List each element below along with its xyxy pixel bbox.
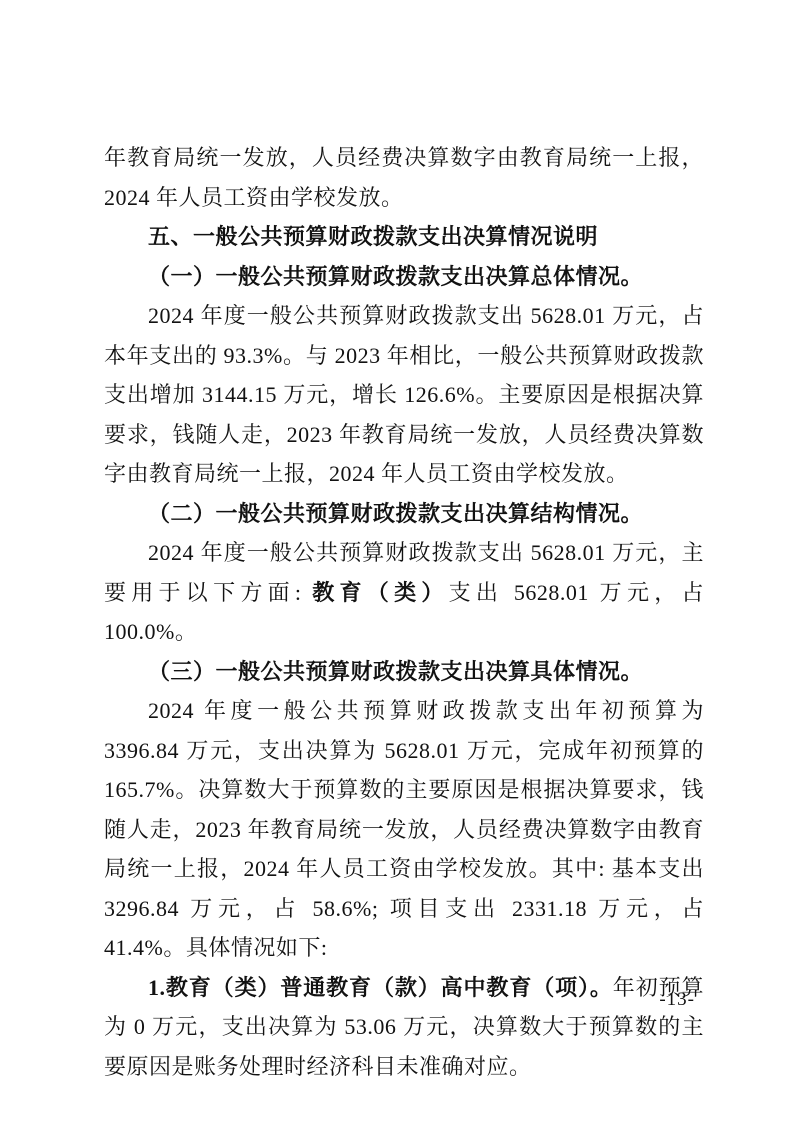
subsection-heading-three: （三）一般公共预算财政拨款支出决算具体情况。 xyxy=(104,652,704,692)
paragraph-item-1: 1.教育（类）普通教育（款）高中教育（项）。年初预算为 0 万元，支出决算为 5… xyxy=(104,968,704,1087)
paragraph-text: 2024 年度一般公共预算财政拨款支出 5628.01 万元，占本年支出的 93… xyxy=(104,303,704,486)
document-body: 年教育局统一发放，人员经费决算数字由教育局统一上报，2024 年人员工资由学校发… xyxy=(104,138,704,1086)
paragraph-bold-category: 教育（类） xyxy=(312,580,448,605)
page-number: -13- xyxy=(659,988,695,1012)
paragraph-text: 年教育局统一发放，人员经费决算数字由教育局统一上报，2024 年人员工资由学校发… xyxy=(104,145,704,210)
paragraph-text: 2024 年度一般公共预算财政拨款支出年初预算为 3396.84 万元，支出决算… xyxy=(104,698,704,960)
heading-text: （一）一般公共预算财政拨款支出决算总体情况。 xyxy=(148,264,643,289)
document-page: 年教育局统一发放，人员经费决算数字由教育局统一上报，2024 年人员工资由学校发… xyxy=(0,0,793,1122)
paragraph-continuation: 年教育局统一发放，人员经费决算数字由教育局统一上报，2024 年人员工资由学校发… xyxy=(104,138,704,217)
paragraph-specific-situation: 2024 年度一般公共预算财政拨款支出年初预算为 3396.84 万元，支出决算… xyxy=(104,691,704,968)
heading-text: （二）一般公共预算财政拨款支出决算结构情况。 xyxy=(148,501,643,526)
heading-text: （三）一般公共预算财政拨款支出决算具体情况。 xyxy=(148,659,643,684)
paragraph-structure-situation: 2024 年度一般公共预算财政拨款支出 5628.01 万元，主要用于以下方面:… xyxy=(104,533,704,652)
paragraph-bold-item-title: 1.教育（类）普通教育（款）高中教育（项）。 xyxy=(148,975,613,1000)
subsection-heading-two: （二）一般公共预算财政拨款支出决算结构情况。 xyxy=(104,494,704,534)
paragraph-overall-situation: 2024 年度一般公共预算财政拨款支出 5628.01 万元，占本年支出的 93… xyxy=(104,296,704,494)
subsection-heading-one: （一）一般公共预算财政拨款支出决算总体情况。 xyxy=(104,257,704,297)
section-heading-five: 五、一般公共预算财政拨款支出决算情况说明 xyxy=(104,217,704,257)
heading-text: 五、一般公共预算财政拨款支出决算情况说明 xyxy=(148,224,598,249)
